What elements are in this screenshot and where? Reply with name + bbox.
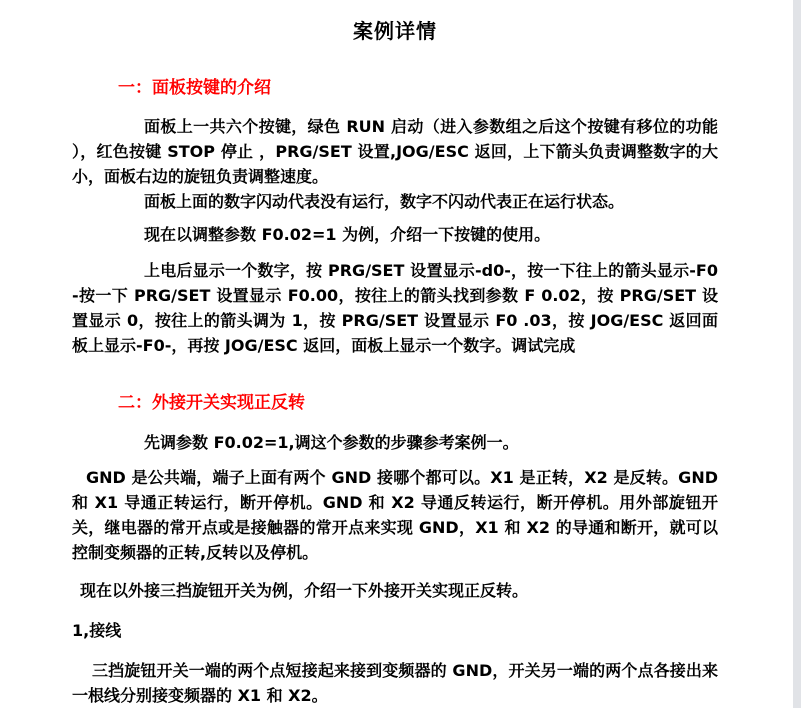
section-heading-2: 二：外接开关实现正反转 (118, 388, 718, 413)
document-content: 案例详情 一：面板按键的介绍 面板上一共六个按键，绿色 RUN 启动（进入参数组… (72, 0, 718, 708)
paragraph-wiring-detail: 三挡旋钮开关一端的两个点短接起来接到变频器的 GND，开关另一端的两个点各接出来… (72, 658, 718, 708)
paragraph-digit-blink: 面板上面的数字闪动代表没有运行，数字不闪动代表正在运行状态。 (72, 189, 718, 214)
paragraph-set-param-first: 先调参数 F0.02=1,调这个参数的步骤参考案例一。 (72, 430, 718, 455)
page-title: 案例详情 (72, 15, 718, 44)
paragraph-example-intro: 现在以调整参数 F0.02=1 为例，介绍一下按键的使用。 (72, 222, 718, 247)
right-gutter (793, 0, 801, 708)
paragraph-panel-buttons: 面板上一共六个按键，绿色 RUN 启动（进入参数组之后这个按键有移位的功能 ），… (72, 114, 718, 189)
paragraph-gnd-terminals: GND 是公共端，端子上面有两个 GND 接哪个都可以。X1 是正转，X2 是反… (72, 465, 718, 565)
paragraph-rotary-switch-intro: 现在以外接三挡旋钮开关为例，介绍一下外接开关实现正反转。 (72, 578, 718, 603)
section-heading-1: 一：面板按键的介绍 (118, 73, 718, 98)
document-page: 案例详情 一：面板按键的介绍 面板上一共六个按键，绿色 RUN 启动（进入参数组… (0, 0, 801, 708)
paragraph-key-steps: 上电后显示一个数字，按 PRG/SET 设置显示-d0-，按一下往上的箭头显示-… (72, 258, 718, 358)
paragraph-wiring-label: 1,接线 (72, 618, 718, 643)
